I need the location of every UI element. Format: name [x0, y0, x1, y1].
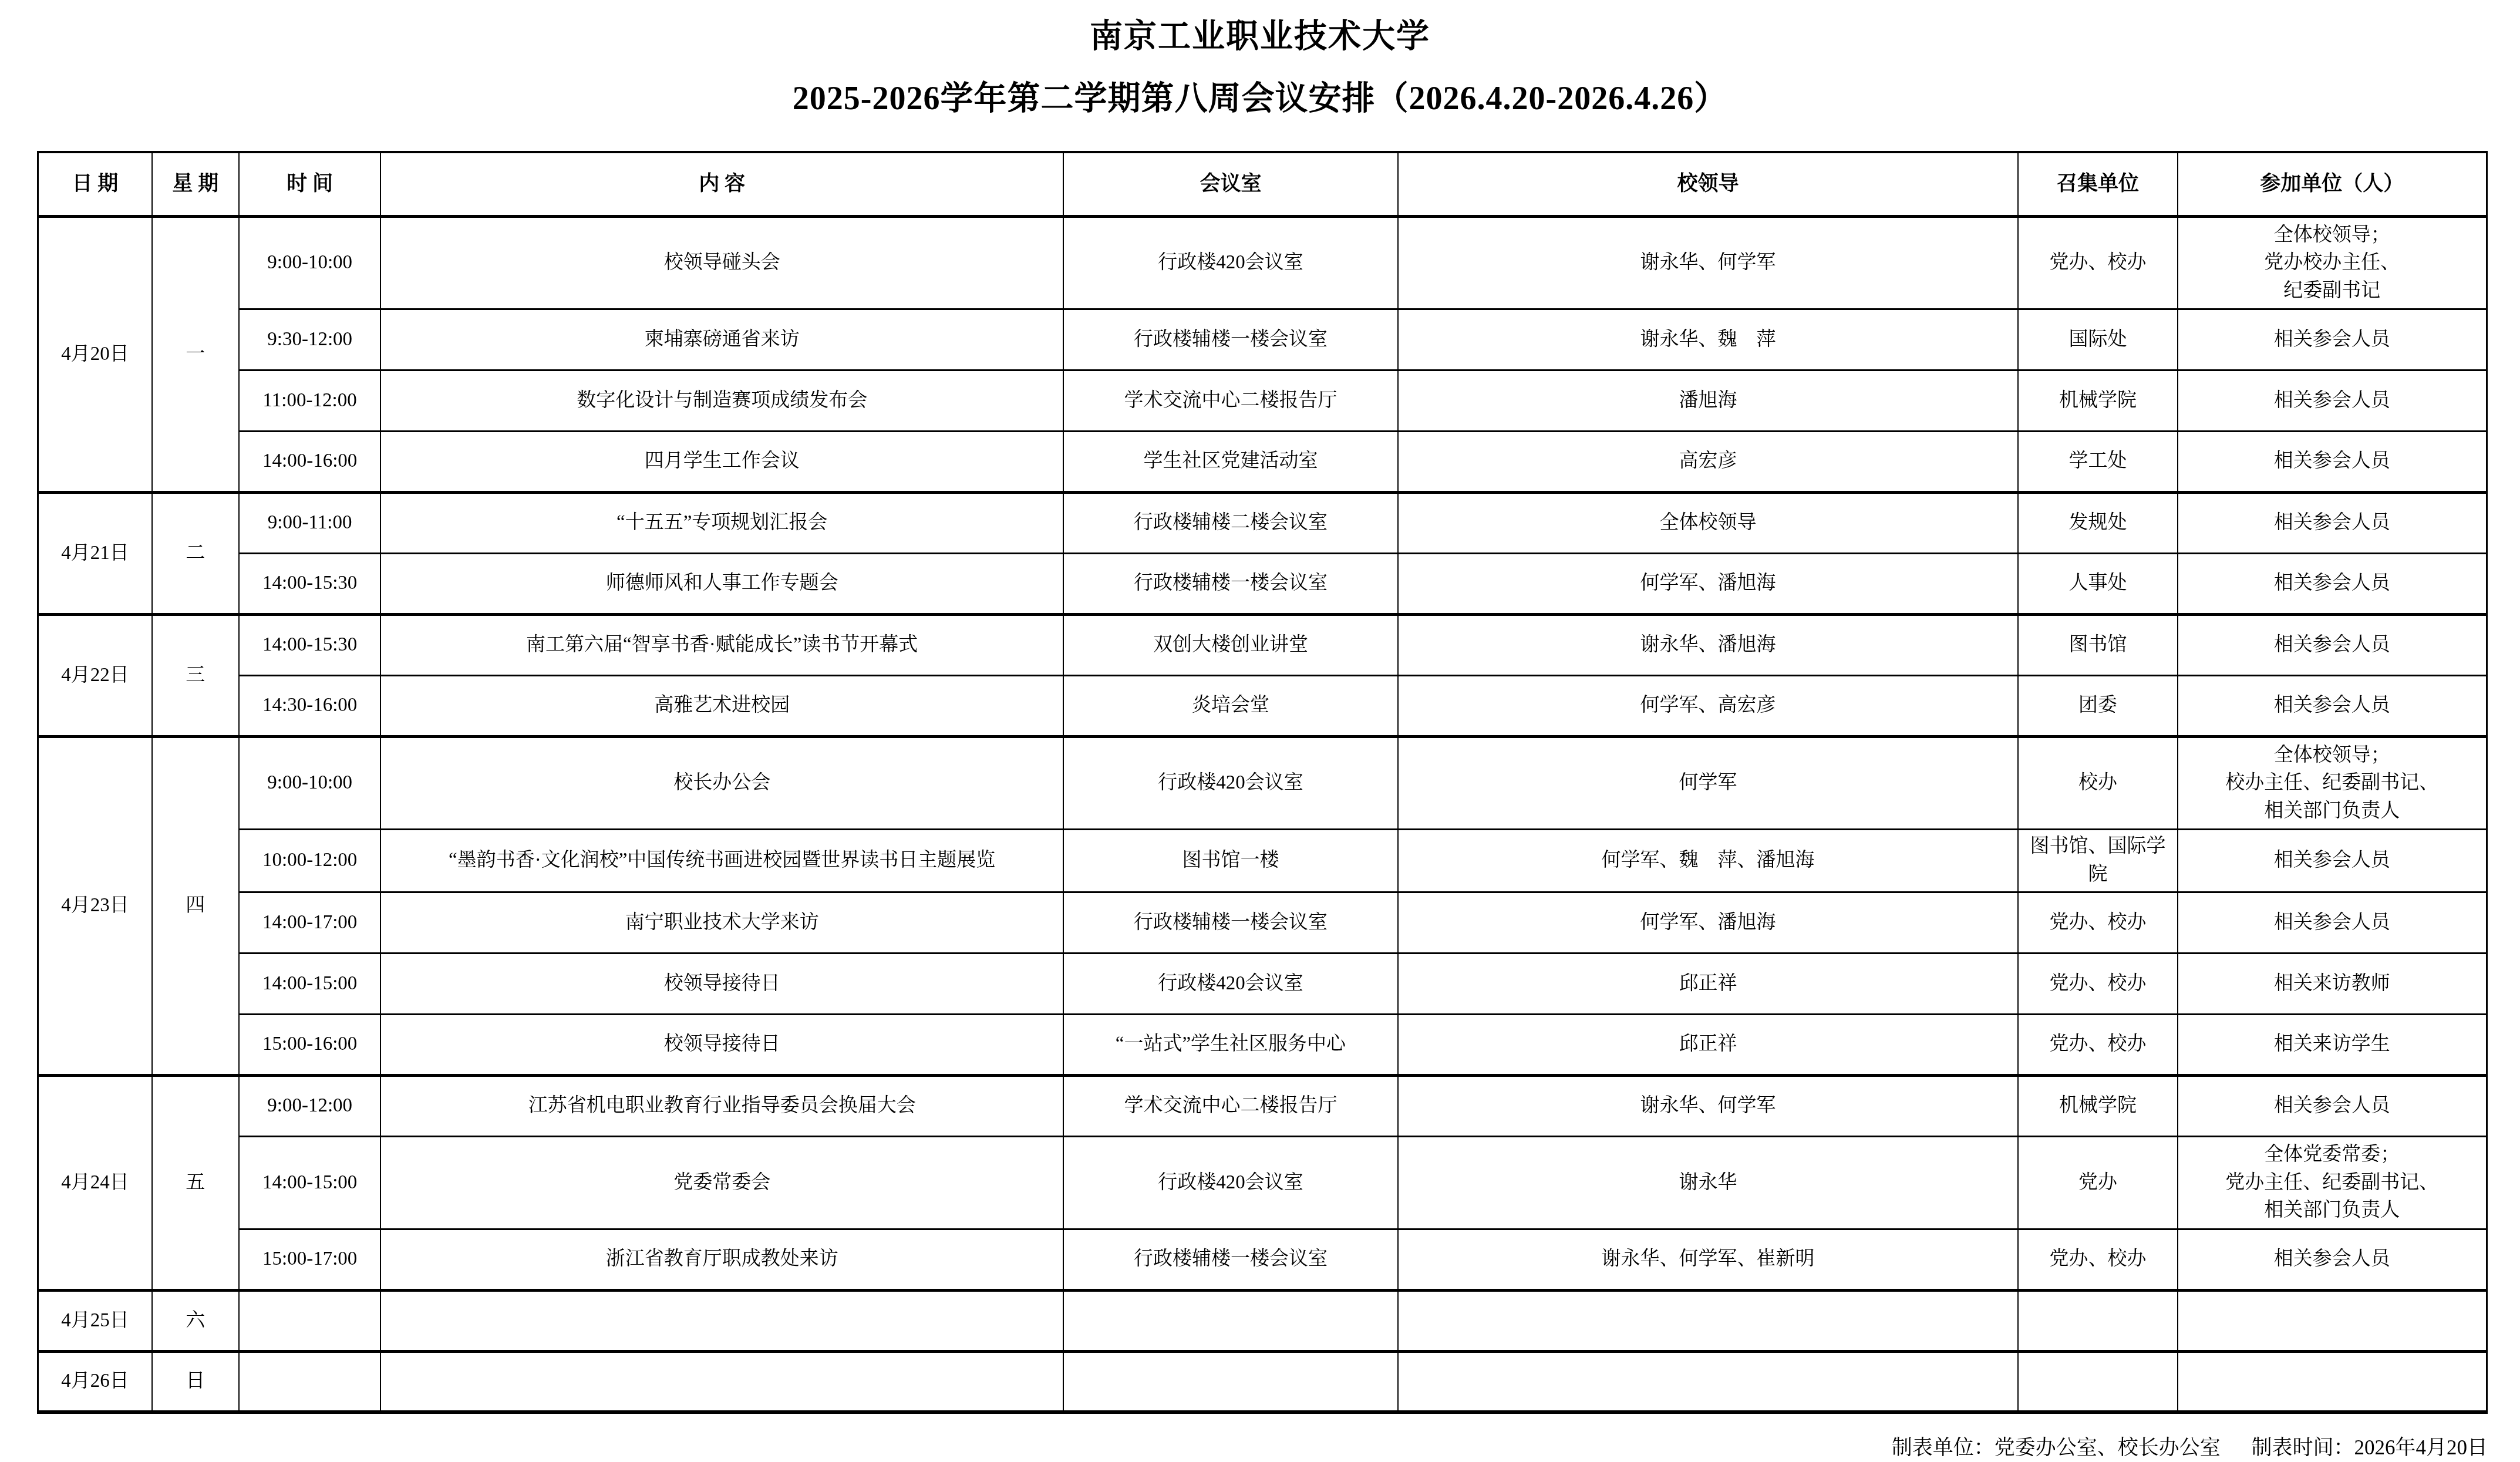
weekday-cell: 二	[152, 493, 239, 615]
time-cell: 11:00-12:00	[239, 370, 380, 432]
header-leaders: 校领导	[1398, 152, 2019, 217]
time-cell: 14:00-15:30	[239, 615, 380, 676]
convener-cell: 党办、校办	[2018, 1014, 2177, 1075]
leaders-cell	[1398, 1351, 2019, 1412]
table-row: 10:00-12:00“墨韵书香·文化润校”中国传统书画进校园暨世界读书日主题展…	[38, 830, 2487, 892]
table-row: 14:00-16:00四月学生工作会议学生社区党建活动室高宏彦学工处相关参会人员	[38, 432, 2487, 493]
time-cell: 9:00-10:00	[239, 217, 380, 309]
time-cell: 9:00-11:00	[239, 493, 380, 554]
convener-cell: 人事处	[2018, 554, 2177, 615]
content-cell: 校领导接待日	[380, 1014, 1063, 1075]
participants-cell: 全体党委常委； 党办主任、纪委副书记、 相关部门负责人	[2178, 1136, 2487, 1229]
header-convener: 召集单位	[2018, 152, 2177, 217]
convener-cell: 党办、校办	[2018, 1229, 2177, 1290]
date-cell: 4月20日	[38, 217, 152, 493]
header-weekday: 星 期	[152, 152, 239, 217]
leaders-cell: 谢永华、何学军、崔新明	[1398, 1229, 2019, 1290]
convener-cell: 学工处	[2018, 432, 2177, 493]
table-row: 14:00-15:30师德师风和人事工作专题会行政楼辅楼一楼会议室何学军、潘旭海…	[38, 554, 2487, 615]
weekday-cell: 六	[152, 1290, 239, 1351]
leaders-cell: 何学军、魏 萍、潘旭海	[1398, 830, 2019, 892]
content-cell: 江苏省机电职业教育行业指导委员会换届大会	[380, 1075, 1063, 1136]
room-cell: 行政楼420会议室	[1063, 737, 1398, 830]
room-cell: 行政楼辅楼一楼会议室	[1063, 554, 1398, 615]
participants-cell: 相关参会人员	[2178, 676, 2487, 737]
table-row: 4月25日六	[38, 1290, 2487, 1351]
content-cell	[380, 1351, 1063, 1412]
content-cell: 校领导接待日	[380, 953, 1063, 1014]
table-row: 14:00-15:00校领导接待日行政楼420会议室邱正祥党办、校办相关来访教师	[38, 953, 2487, 1014]
time-cell	[239, 1351, 380, 1412]
participants-cell: 全体校领导； 党办校办主任、 纪委副书记	[2178, 217, 2487, 309]
room-cell	[1063, 1290, 1398, 1351]
table-row: 4月20日一9:00-10:00校领导碰头会行政楼420会议室谢永华、何学军党办…	[38, 217, 2487, 309]
participants-cell: 相关参会人员	[2178, 432, 2487, 493]
convener-cell	[2018, 1351, 2177, 1412]
leaders-cell	[1398, 1290, 2019, 1351]
leaders-cell: 邱正祥	[1398, 953, 2019, 1014]
leaders-cell: 高宏彦	[1398, 432, 2019, 493]
prepared-by: 制表单位：党委办公室、校长办公室	[1892, 1436, 2221, 1459]
leaders-cell: 谢永华、潘旭海	[1398, 615, 2019, 676]
convener-cell: 图书馆、国际学院	[2018, 830, 2177, 892]
content-cell: 柬埔寨磅通省来访	[380, 309, 1063, 370]
header-time: 时 间	[239, 152, 380, 217]
prepared-at: 制表时间：2026年4月20日	[2251, 1431, 2488, 1461]
room-cell: 图书馆一楼	[1063, 830, 1398, 892]
table-row: 4月24日五9:00-12:00江苏省机电职业教育行业指导委员会换届大会学术交流…	[38, 1075, 2487, 1136]
content-cell	[380, 1290, 1063, 1351]
table-row: 14:30-16:00高雅艺术进校园炎培会堂何学军、高宏彦团委相关参会人员	[38, 676, 2487, 737]
leaders-cell: 全体校领导	[1398, 493, 2019, 554]
date-cell: 4月23日	[38, 737, 152, 1076]
room-cell: 行政楼420会议室	[1063, 1136, 1398, 1229]
time-cell: 14:00-15:30	[239, 554, 380, 615]
convener-cell: 党办、校办	[2018, 217, 2177, 309]
room-cell: 学术交流中心二楼报告厅	[1063, 370, 1398, 432]
convener-cell: 机械学院	[2018, 370, 2177, 432]
leaders-cell: 谢永华、魏 萍	[1398, 309, 2019, 370]
participants-cell: 全体校领导； 校办主任、纪委副书记、 相关部门负责人	[2178, 737, 2487, 830]
time-cell: 14:00-15:00	[239, 1136, 380, 1229]
time-cell: 9:30-12:00	[239, 309, 380, 370]
convener-cell: 党办、校办	[2018, 953, 2177, 1014]
content-cell: 数字化设计与制造赛项成绩发布会	[380, 370, 1063, 432]
room-cell: 行政楼辅楼二楼会议室	[1063, 493, 1398, 554]
time-cell: 10:00-12:00	[239, 830, 380, 892]
room-cell: 行政楼420会议室	[1063, 217, 1398, 309]
participants-cell: 相关参会人员	[2178, 830, 2487, 892]
content-cell: “墨韵书香·文化润校”中国传统书画进校园暨世界读书日主题展览	[380, 830, 1063, 892]
room-cell: “一站式”学生社区服务中心	[1063, 1014, 1398, 1075]
content-cell: “十五五”专项规划汇报会	[380, 493, 1063, 554]
participants-cell: 相关参会人员	[2178, 892, 2487, 953]
weekday-cell: 一	[152, 217, 239, 493]
participants-cell: 相关来访学生	[2178, 1014, 2487, 1075]
leaders-cell: 何学军	[1398, 737, 2019, 830]
meeting-schedule-table: 日 期 星 期 时 间 内 容 会议室 校领导 召集单位 参加单位（人） 4月2…	[37, 151, 2488, 1414]
header-participants: 参加单位（人）	[2178, 152, 2487, 217]
footer-note: 制表单位：党委办公室、校长办公室 制表时间：2026年4月20日	[37, 1431, 2488, 1461]
table-header: 日 期 星 期 时 间 内 容 会议室 校领导 召集单位 参加单位（人）	[38, 152, 2487, 217]
convener-cell: 党办	[2018, 1136, 2177, 1229]
content-cell: 高雅艺术进校园	[380, 676, 1063, 737]
leaders-cell: 何学军、高宏彦	[1398, 676, 2019, 737]
date-cell: 4月26日	[38, 1351, 152, 1412]
content-cell: 南工第六届“智享书香·赋能成长”读书节开幕式	[380, 615, 1063, 676]
room-cell: 学术交流中心二楼报告厅	[1063, 1075, 1398, 1136]
participants-cell: 相关参会人员	[2178, 370, 2487, 432]
table-row: 11:00-12:00数字化设计与制造赛项成绩发布会学术交流中心二楼报告厅潘旭海…	[38, 370, 2487, 432]
time-cell: 15:00-17:00	[239, 1229, 380, 1290]
participants-cell: 相关参会人员	[2178, 309, 2487, 370]
leaders-cell: 潘旭海	[1398, 370, 2019, 432]
convener-cell: 发规处	[2018, 493, 2177, 554]
room-cell	[1063, 1351, 1398, 1412]
leaders-cell: 谢永华	[1398, 1136, 2019, 1229]
time-cell: 14:00-17:00	[239, 892, 380, 953]
time-cell: 9:00-12:00	[239, 1075, 380, 1136]
content-cell: 浙江省教育厅职成教处来访	[380, 1229, 1063, 1290]
convener-cell: 机械学院	[2018, 1075, 2177, 1136]
time-cell: 14:00-16:00	[239, 432, 380, 493]
page-title: 南京工业职业技术大学	[0, 0, 2520, 55]
header-date: 日 期	[38, 152, 152, 217]
header-row: 日 期 星 期 时 间 内 容 会议室 校领导 召集单位 参加单位（人）	[38, 152, 2487, 217]
participants-cell	[2178, 1290, 2487, 1351]
table-row: 4月22日三14:00-15:30南工第六届“智享书香·赋能成长”读书节开幕式双…	[38, 615, 2487, 676]
table-row: 14:00-17:00南宁职业技术大学来访行政楼辅楼一楼会议室何学军、潘旭海党办…	[38, 892, 2487, 953]
weekday-cell: 五	[152, 1075, 239, 1290]
table-row: 4月26日日	[38, 1351, 2487, 1412]
content-cell: 师德师风和人事工作专题会	[380, 554, 1063, 615]
room-cell: 行政楼辅楼一楼会议室	[1063, 892, 1398, 953]
date-cell: 4月25日	[38, 1290, 152, 1351]
room-cell: 行政楼420会议室	[1063, 953, 1398, 1014]
convener-cell	[2018, 1290, 2177, 1351]
room-cell: 学生社区党建活动室	[1063, 432, 1398, 493]
participants-cell: 相关来访教师	[2178, 953, 2487, 1014]
date-cell: 4月24日	[38, 1075, 152, 1290]
header-room: 会议室	[1063, 152, 1398, 217]
participants-cell: 相关参会人员	[2178, 554, 2487, 615]
content-cell: 党委常委会	[380, 1136, 1063, 1229]
content-cell: 校领导碰头会	[380, 217, 1063, 309]
participants-cell: 相关参会人员	[2178, 1229, 2487, 1290]
participants-cell: 相关参会人员	[2178, 1075, 2487, 1136]
date-cell: 4月21日	[38, 493, 152, 615]
time-cell: 9:00-10:00	[239, 737, 380, 830]
room-cell: 行政楼辅楼一楼会议室	[1063, 1229, 1398, 1290]
leaders-cell: 谢永华、何学军	[1398, 1075, 2019, 1136]
leaders-cell: 何学军、潘旭海	[1398, 554, 2019, 615]
convener-cell: 校办	[2018, 737, 2177, 830]
content-cell: 校长办公会	[380, 737, 1063, 830]
date-cell: 4月22日	[38, 615, 152, 737]
schedule-body: 4月20日一9:00-10:00校领导碰头会行政楼420会议室谢永华、何学军党办…	[38, 217, 2487, 1413]
table-row: 15:00-17:00浙江省教育厅职成教处来访行政楼辅楼一楼会议室谢永华、何学军…	[38, 1229, 2487, 1290]
participants-cell	[2178, 1351, 2487, 1412]
content-cell: 南宁职业技术大学来访	[380, 892, 1063, 953]
weekday-cell: 四	[152, 737, 239, 1076]
content-cell: 四月学生工作会议	[380, 432, 1063, 493]
table-row: 15:00-16:00校领导接待日“一站式”学生社区服务中心邱正祥党办、校办相关…	[38, 1014, 2487, 1075]
weekday-cell: 三	[152, 615, 239, 737]
room-cell: 双创大楼创业讲堂	[1063, 615, 1398, 676]
room-cell: 炎培会堂	[1063, 676, 1398, 737]
participants-cell: 相关参会人员	[2178, 615, 2487, 676]
table-row: 4月21日二9:00-11:00“十五五”专项规划汇报会行政楼辅楼二楼会议室全体…	[38, 493, 2487, 554]
participants-cell: 相关参会人员	[2178, 493, 2487, 554]
time-cell: 14:30-16:00	[239, 676, 380, 737]
convener-cell: 国际处	[2018, 309, 2177, 370]
convener-cell: 团委	[2018, 676, 2177, 737]
leaders-cell: 何学军、潘旭海	[1398, 892, 2019, 953]
time-cell	[239, 1290, 380, 1351]
page-subtitle: 2025-2026学年第二学期第八周会议安排（2026.4.20-2026.4.…	[0, 80, 2520, 117]
weekday-cell: 日	[152, 1351, 239, 1412]
leaders-cell: 谢永华、何学军	[1398, 217, 2019, 309]
time-cell: 14:00-15:00	[239, 953, 380, 1014]
table-row: 4月23日四9:00-10:00校长办公会行政楼420会议室何学军校办全体校领导…	[38, 737, 2487, 830]
convener-cell: 图书馆	[2018, 615, 2177, 676]
time-cell: 15:00-16:00	[239, 1014, 380, 1075]
room-cell: 行政楼辅楼一楼会议室	[1063, 309, 1398, 370]
table-row: 14:00-15:00党委常委会行政楼420会议室谢永华党办全体党委常委； 党办…	[38, 1136, 2487, 1229]
header-content: 内 容	[380, 152, 1063, 217]
convener-cell: 党办、校办	[2018, 892, 2177, 953]
table-row: 9:30-12:00柬埔寨磅通省来访行政楼辅楼一楼会议室谢永华、魏 萍国际处相关…	[38, 309, 2487, 370]
leaders-cell: 邱正祥	[1398, 1014, 2019, 1075]
